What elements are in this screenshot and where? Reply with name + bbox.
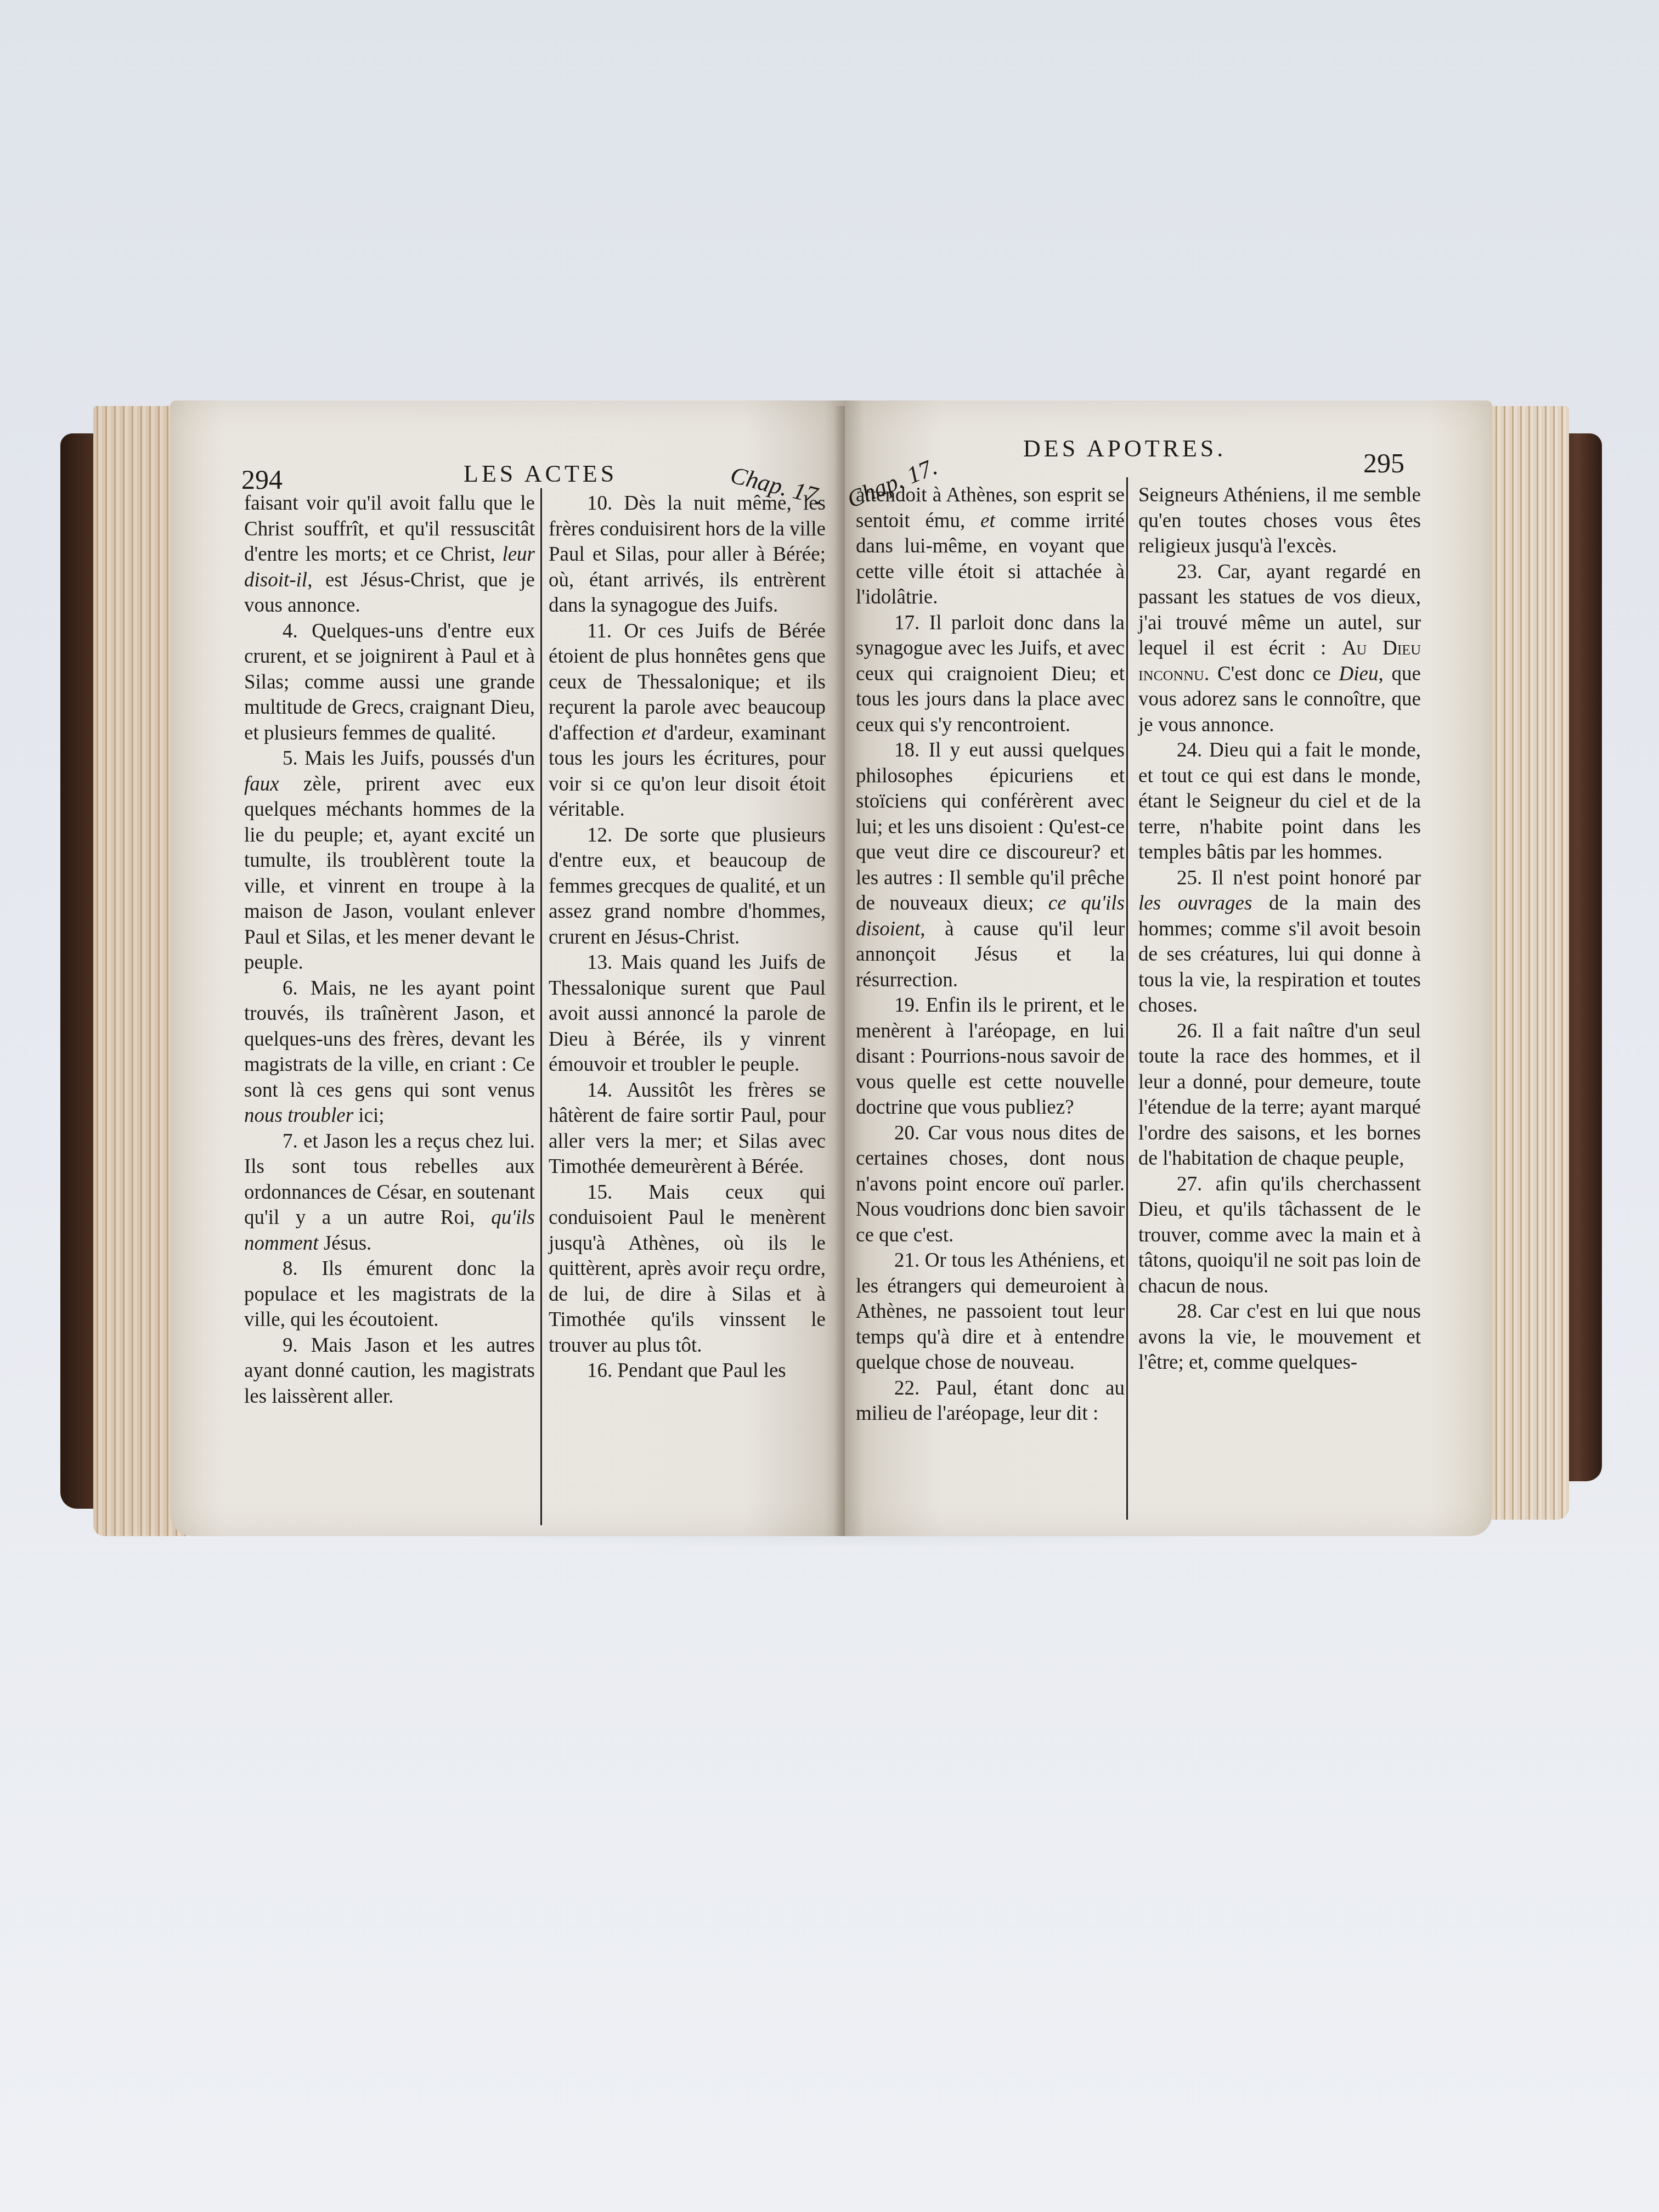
verse-paragraph: 8. Ils émurent donc la populace et les m… xyxy=(244,1256,535,1333)
verse-paragraph: 6. Mais, ne les ayant point trouvés, ils… xyxy=(244,976,535,1129)
running-head-left: LES ACTES xyxy=(464,460,617,488)
page-number-right: 295 xyxy=(1363,447,1404,479)
column-rule-right xyxy=(1126,477,1128,1520)
verse-paragraph: 7. et Jason les a reçus chez lui. Ils so… xyxy=(244,1129,535,1257)
right-page-column-2: Seigneurs Athéniens, il me semble qu'en … xyxy=(1138,483,1421,1376)
left-page-column-2: 10. Dès la nuit même, les frères conduis… xyxy=(549,491,826,1384)
verse-paragraph: 18. Il y eut aussi quelques philosophes … xyxy=(856,738,1125,993)
verse-paragraph: 5. Mais les Juifs, poussés d'un faux zèl… xyxy=(244,746,535,976)
verse-paragraph: 24. Dieu qui a fait le monde, et tout ce… xyxy=(1138,738,1421,866)
verse-paragraph: 27. afin qu'ils cherchassent Dieu, et qu… xyxy=(1138,1172,1421,1300)
continued-paragraph: faisant voir qu'il avoit fallu que le Ch… xyxy=(244,491,535,619)
verse-paragraph: 26. Il a fait naître d'un seul toute la … xyxy=(1138,1019,1421,1172)
verse-paragraph: 10. Dès la nuit même, les frères conduis… xyxy=(549,491,826,619)
verse-paragraph: 23. Car, ayant regardé en passant les st… xyxy=(1138,560,1421,738)
page-edges-right xyxy=(1492,406,1569,1520)
verse-paragraph: 17. Il parloit donc dans la synagogue av… xyxy=(856,611,1125,738)
verse-paragraph: 14. Aussitôt les frères se hâtèrent de f… xyxy=(549,1078,826,1180)
verse-paragraph: 22. Paul, étant donc au milieu de l'aréo… xyxy=(856,1376,1125,1427)
verse-paragraph: 20. Car vous nous dites de certaines cho… xyxy=(856,1121,1125,1249)
verse-paragraph: 21. Or tous les Athéniens, et les étrang… xyxy=(856,1248,1125,1376)
verse-paragraph: 15. Mais ceux qui conduisoient Paul le m… xyxy=(549,1180,826,1359)
verse-paragraph: 19. Enfin ils le prirent, et le menèrent… xyxy=(856,993,1125,1121)
verse-paragraph: 4. Quelques-uns d'entre eux crurent, et … xyxy=(244,619,535,747)
open-book: 294 LES ACTES Chap. 17. faisant voir qu'… xyxy=(0,0,1659,2212)
column-rule-left xyxy=(540,488,542,1525)
verse-paragraph: 12. De sorte que plusieurs d'entre eux, … xyxy=(549,823,826,951)
verse-paragraph: 28. Car c'est en lui que nous avons la v… xyxy=(1138,1299,1421,1376)
verse-paragraph: 25. Il n'est point honoré par les ouvrag… xyxy=(1138,866,1421,1019)
continued-paragraph: attendoit à Athènes, son esprit se sento… xyxy=(856,483,1125,611)
right-page-column-1: attendoit à Athènes, son esprit se sento… xyxy=(856,483,1125,1427)
left-page-column-1: faisant voir qu'il avoit fallu que le Ch… xyxy=(244,491,535,1409)
verse-paragraph: 9. Mais Jason et les autres ayant donné … xyxy=(244,1333,535,1410)
verse-paragraph: 13. Mais quand les Juifs de Thessaloniqu… xyxy=(549,950,826,1078)
continued-paragraph: Seigneurs Athéniens, il me semble qu'en … xyxy=(1138,483,1421,560)
running-head-right: DES APOTRES. xyxy=(1023,435,1226,462)
verse-paragraph: 16. Pendant que Paul les xyxy=(549,1358,826,1384)
verse-paragraph: 11. Or ces Juifs de Bérée étoient de plu… xyxy=(549,619,826,823)
